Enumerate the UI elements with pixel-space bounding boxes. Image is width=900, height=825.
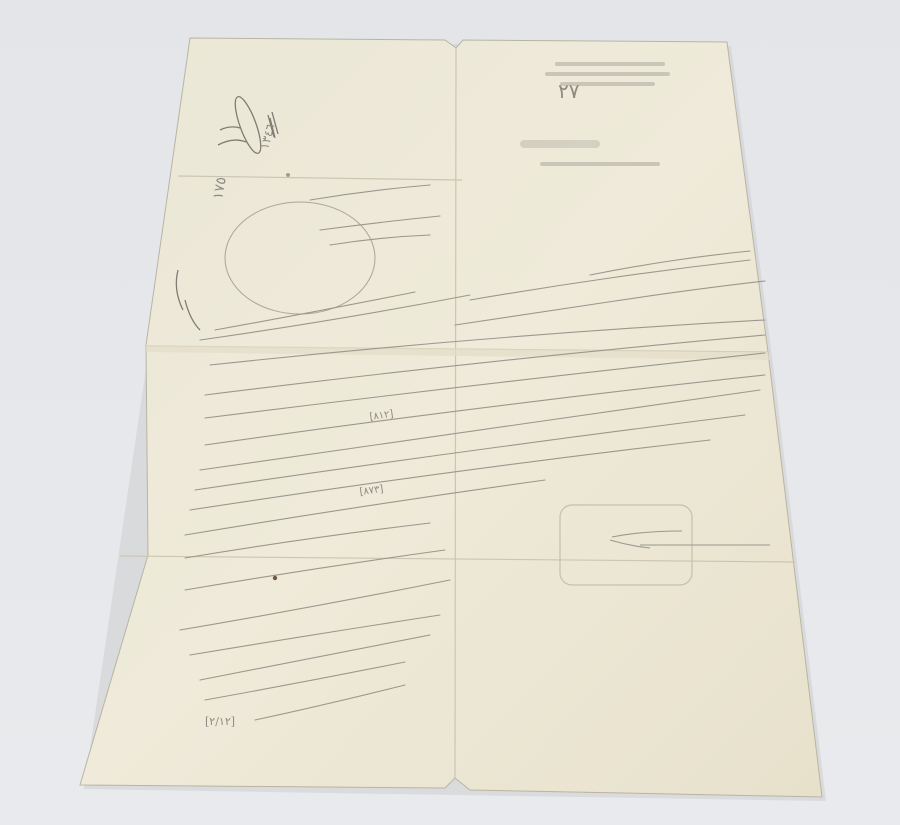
stain (273, 576, 277, 580)
paper-sheet (80, 38, 822, 797)
document-photo: ٢٧ ١٧٥ ١٣٤٦ (0, 0, 900, 825)
top-right-mark: ٢٧ (558, 79, 580, 103)
photo-scene: ٢٧ ١٧٥ ١٣٤٦ (0, 0, 900, 825)
stain (286, 173, 290, 177)
bracket-note: [٢/١٢] (205, 715, 235, 728)
